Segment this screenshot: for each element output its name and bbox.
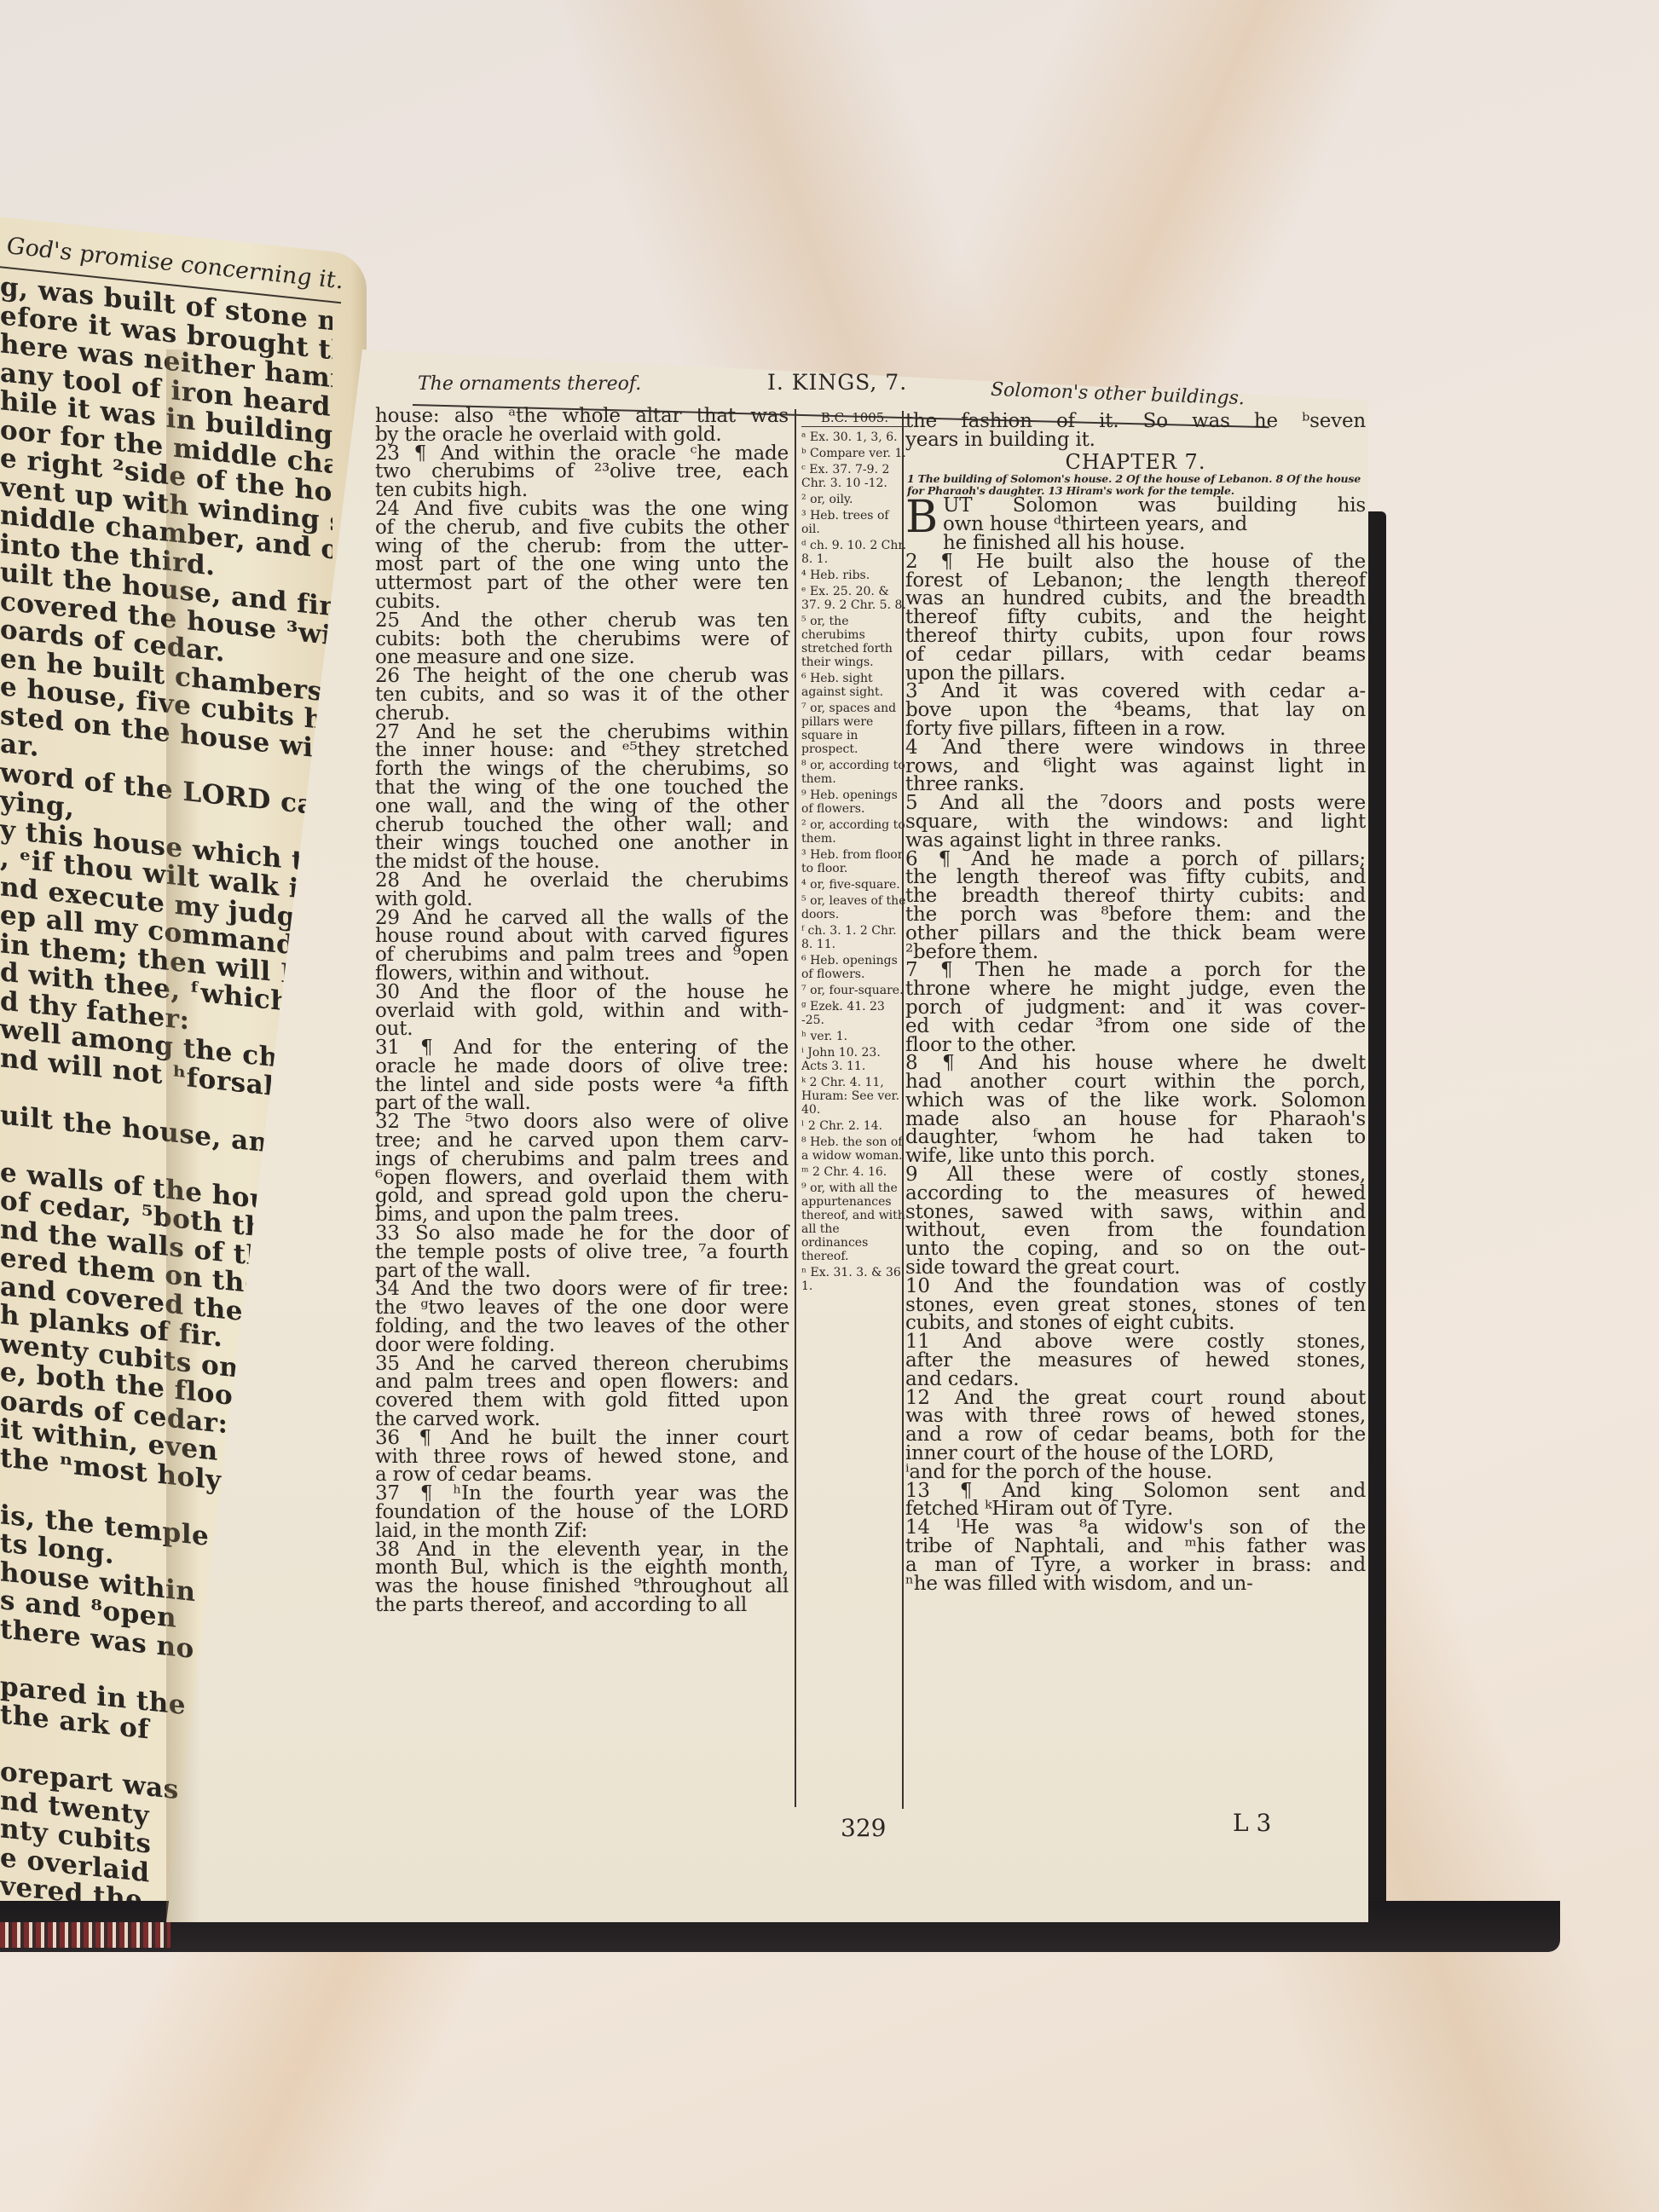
right-text-column: the fashion of it. So was he ᵇsevenyears… [905,413,1366,1593]
printer-signature: L 3 [1233,1809,1271,1837]
margin-reference: ⁿ Ex. 31. 3. & 36. 1. [801,1266,908,1293]
chapter-7-verses: he finished all his house.2 ¶ He built a… [905,534,1366,1593]
margin-reference: ᵐ 2 Chr. 4. 16. [801,1165,908,1179]
margin-reference: ᶠ ch. 3. 1. 2 Chr. 8. 11. [801,924,908,951]
margin-reference: ³ Heb. from floor to floor. [801,848,908,875]
margin-reference: ⁴ or, five-square. [801,878,908,892]
headband-cloth [0,1922,171,1948]
page-number: 329 [841,1814,886,1842]
chapter-6-ending: the fashion of it. So was he ᵇsevenyears… [905,413,1366,450]
margin-reference: ⁹ Heb. openings of flowers. [801,788,908,816]
date-note: B.C. 1005. [801,411,908,427]
running-head: The ornaments thereof. I. KINGS, 7. Solo… [418,367,1270,401]
column-divider-right [902,411,904,1809]
running-head-book-chapter: I. KINGS, 7. [767,370,907,395]
margin-reference: ⁸ Heb. the son of a widow woman. [801,1135,908,1163]
drop-cap: B [905,499,938,536]
margin-reference: ⁵ or, leaves of the doors. [801,894,908,921]
margin-reference: ⁶ Heb. openings of flowers. [801,954,908,981]
margin-reference: ᵏ 2 Chr. 4. 11, Huram: See ver. 40. [801,1076,908,1117]
margin-reference: ᵈ ch. 9. 10. 2 Chr. 8. 1. [801,539,908,566]
margin-reference: ᶜ Ex. 37. 7-9. 2 Chr. 3. 10 -12. [801,463,908,490]
margin-reference: ⁴ Heb. ribs. [801,569,908,582]
margin-reference: ⁶ Heb. sight against sight. [801,672,908,699]
margin-reference: ᵃ Ex. 30. 1, 3, 6. [801,430,908,444]
margin-reference: ⁹ or, with all the appurtenances thereof… [801,1181,908,1263]
margin-reference: ⁵ or, the cherubims stretched forth thei… [801,615,908,669]
margin-reference: ʰ ver. 1. [801,1030,908,1043]
chapter-title: CHAPTER 7. [905,453,1366,472]
text-line: the parts thereof, and according to all [375,1597,789,1615]
margin-reference: ⁸ or, according to them. [801,759,908,786]
left-text-column: house: also ᵃthe whole altar that wasby … [375,407,789,1615]
margin-reference: ᵍ Ezek. 41. 23 -25. [801,1000,908,1027]
center-reference-column: B.C. 1005.ᵃ Ex. 30. 1, 3, 6.ᵇ Compare ve… [801,411,908,1296]
margin-reference: ᵉ Ex. 25. 20. & 37. 9. 2 Chr. 5. 8. [801,585,908,612]
running-head-left: The ornaments thereof. [418,373,641,395]
text-line: overlaid with gold, within and with- [375,1002,789,1021]
column-divider-left [795,409,796,1807]
text-line: years in building it. [905,431,1366,450]
margin-reference: ⁷ or, spaces and pillars were square in … [801,702,908,756]
margin-reference: ² or, according to them. [801,818,908,846]
margin-reference: ᵇ Compare ver. 1. [801,447,908,460]
chapter-summary: 1 The building of Solomon's house. 2 Of … [905,473,1366,497]
margin-reference: ⁷ or, four-square. [801,984,908,997]
text-line: ⁿhe was filled with wisdom, and un- [905,1575,1366,1594]
margin-reference: ˡ 2 Chr. 2. 14. [801,1119,908,1133]
opening-lines: UT Solomon was building hisown house ᵈth… [905,497,1366,534]
chapter-opening: B UT Solomon was building hisown house ᵈ… [905,497,1366,534]
margin-reference: ⁱ John 10. 23. Acts 3. 11. [801,1046,908,1073]
margin-reference: ² or, oily. [801,493,908,506]
page-gutter-shadow [166,349,200,1922]
margin-reference: ³ Heb. trees of oil. [801,509,908,536]
